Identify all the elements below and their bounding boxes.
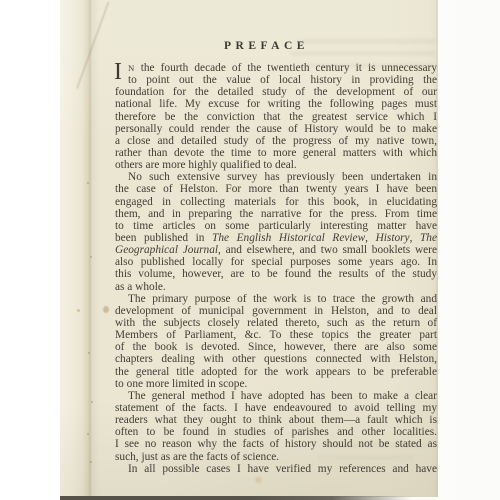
body-text: the case of Helston. For more than twent… [115,183,437,195]
text-line: rather than devote the time to more gene… [115,147,437,159]
text-line: In all possible cases I have verified my… [115,463,437,475]
text-line: Members of Parliament, &c. To these topi… [115,329,437,341]
body-text: such, just as are the facts of science. [115,451,279,463]
text-line: this volume, however, are to be found th… [115,268,437,280]
paper-speck [91,401,93,403]
paper-speck [90,461,92,463]
body-text: a close and detailed study of the progre… [115,135,437,147]
body-text: engaged in collecting materials for this… [115,196,437,208]
body-text: chapters dealing with other questions co… [115,353,437,365]
table-shadow-edge [60,496,438,500]
text-line: readers what they ought to think about t… [115,414,437,426]
foxing-spot [255,477,262,483]
text-line: to one more limited in scope. [115,378,437,390]
body-text: Members of Parliament, &c. To these topi… [115,329,437,341]
body-text: development of municipal government in H… [115,305,437,317]
text-line: N the fourth decade of the twentieth cen… [115,62,437,74]
italic-text: Geographical Journal [115,244,218,256]
body-text: the general title adopted for the work a… [115,366,437,378]
text-line: them, and in preparing the narrative for… [115,208,437,220]
text-line: statement of the facts. I have endeavour… [115,402,437,414]
body-text: personally could render the cause of His… [115,123,437,135]
paper-speck [88,352,90,354]
foxing-spot [103,306,109,313]
text-line: development of municipal government in H… [115,305,437,317]
text-line: personally could render the cause of His… [115,123,437,135]
text-line: chapters dealing with other questions co… [115,353,437,365]
body-text: statement of the facts. I have endeavour… [115,402,437,414]
body-text: , and elsewhere, and two small booklets … [218,244,437,256]
body-text: the fourth decade of the twentieth centu… [135,62,437,74]
paper-speck [87,182,89,184]
book-page: PREFACE I N the fourth decade of the twe… [60,0,438,497]
body-text: In all possible cases I have verified my… [128,463,437,475]
body-text: to point out the value of local history … [128,74,437,86]
text-line: often to be found in studies of parishes… [115,426,437,438]
body-text: The general method I have adopted has be… [128,390,437,402]
body-text: been published in [115,232,212,244]
body-text: rather than devote the time to more gene… [115,147,437,159]
body-text: to one more limited in scope. [115,378,247,390]
body-text: , [365,232,375,244]
text-line: No such extensive survey has previously … [115,171,437,183]
italic-text: The English Historical Review [212,232,365,244]
text-line: a close and detailed study of the progre… [115,135,437,147]
text-line: to point out the value of local history … [115,74,437,86]
body-text: , [410,232,420,244]
text-line: to time articles on some particularly in… [115,220,437,232]
text-line: I see no reason why the facts of history… [115,438,437,450]
italic-text: History [376,232,410,244]
dropcap-initial: I [114,60,122,84]
paper-speck [90,256,92,258]
text-line: The general method I have adopted has be… [115,390,437,402]
text-line: the general title adopted for the work a… [115,366,437,378]
body-text: often to be found in studies of parishes… [115,426,437,438]
text-line: The primary purpose of the work is to tr… [115,293,437,305]
text-line: the case of Helston. For more than twent… [115,183,437,195]
body-text: No such extensive survey has previously … [128,171,437,183]
body-text: of the book is devoted. Since, however, … [115,341,437,353]
body-text: therefore be the conviction that the gre… [115,111,437,123]
paper-crease [77,2,109,89]
text-line: engaged in collecting materials for this… [115,196,437,208]
body-text: readers what they ought to think about t… [115,414,437,426]
text-line: also published locally for special purpo… [115,256,437,268]
foxing-spot [77,309,80,312]
italic-text: The [420,232,437,244]
paper-speck [87,433,89,435]
text-line: such, just as are the facts of science. [115,451,437,463]
body-text: with the subjects closely related theret… [115,317,437,329]
page-title: PREFACE [109,40,424,52]
body-text: The primary purpose of the work is to tr… [128,293,437,305]
body-text: as a whole. [115,281,166,293]
text-line: others are more highly qualified to deal… [115,159,437,171]
text-line: of the book is devoted. Since, however, … [115,341,437,353]
photo-backdrop: PREFACE I N the fourth decade of the twe… [0,0,500,500]
text-line: Geographical Journal, and elsewhere, and… [115,244,437,256]
body-text: I see no reason why the facts of history… [115,438,437,450]
text-line: been published in The English Historical… [115,232,437,244]
body-text: them, and in preparing the narrative for… [115,208,437,220]
text-line: national life. My excuse for writing the… [115,98,437,110]
body-text: foundation for the detailed study of the… [115,86,437,98]
body-text: N [128,63,135,73]
text-column: I N the fourth decade of the twentieth c… [115,62,437,475]
text-line: as a whole. [115,281,437,293]
text-line: therefore be the conviction that the gre… [115,111,437,123]
text-line: foundation for the detailed study of the… [115,86,437,98]
body-text: others are more highly qualified to deal… [115,159,297,171]
body-text: this volume, however, are to be found th… [115,268,437,280]
body-text: also published locally for special purpo… [115,256,437,268]
text-line: with the subjects closely related theret… [115,317,437,329]
body-text: to time articles on some particularly in… [115,220,437,232]
body-text: national life. My excuse for writing the… [115,98,437,110]
